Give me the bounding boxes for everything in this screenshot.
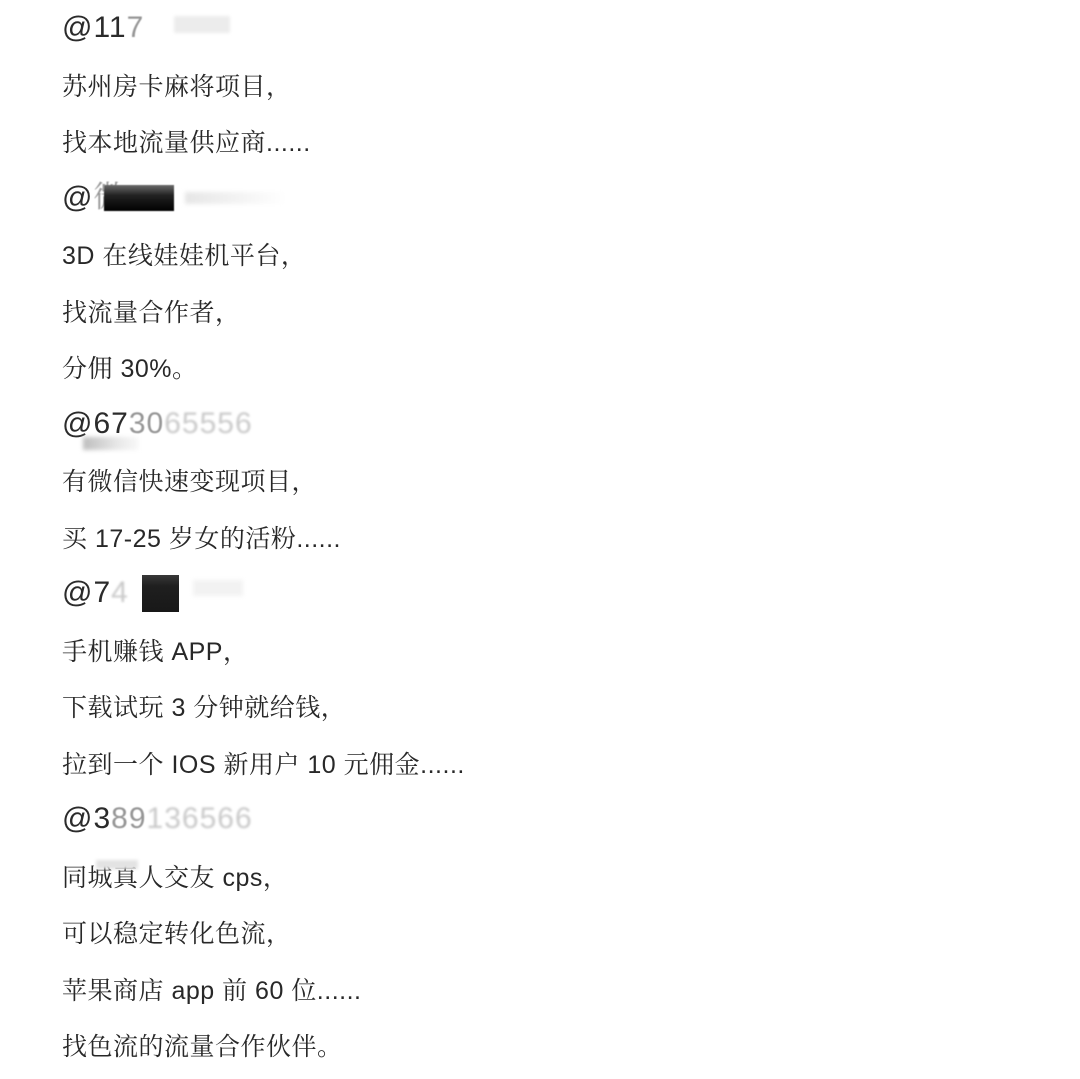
text-line: 下载试玩 3 分钟就给钱，: [0, 678, 1080, 735]
handle-visible-text: @67: [62, 407, 129, 441]
handle-visible-text: @7: [62, 576, 111, 610]
text-line: 找流量合作者，: [0, 283, 1080, 340]
redaction-faint-trace: [193, 580, 243, 596]
text-line: 苹果商店 app 前 60 位......: [0, 961, 1080, 1018]
text-line: 买 17-25 岁女的活粉......: [0, 509, 1080, 566]
text-line: 手机赚钱 APP，: [0, 622, 1080, 679]
redacted-handle-segment: 微: [93, 182, 175, 214]
handle-visible-text: @3: [62, 802, 111, 836]
user-handle-4: @74: [0, 565, 1080, 622]
handle-faded-text: 4: [111, 576, 129, 610]
redaction-smudge: [96, 860, 138, 869]
text-line: 拉到一个 IOS 新用户 10 元佣金......: [0, 735, 1080, 792]
redaction-smudge: [83, 437, 139, 450]
text-line: 同城真人交友 cps，: [0, 848, 1080, 905]
text-line: 可以稳定转化色流，: [0, 904, 1080, 961]
redaction-faint-trace: [185, 192, 285, 204]
text-line: 找色流的流量合作伙伴。: [0, 1017, 1080, 1074]
handle-faded-text: 30: [129, 407, 164, 441]
text-line: 苏州房卡麻将项目，: [0, 57, 1080, 114]
handle-faint-text: 65556: [164, 407, 252, 441]
text-line: 分佣 30%。: [0, 339, 1080, 396]
text-line: 有微信快速变现项目，: [0, 452, 1080, 509]
handle-faded-text: 7: [127, 11, 145, 45]
handle-visible-text: @: [62, 181, 93, 215]
user-handle-5: @389136566: [0, 791, 1080, 848]
article-page: @117 苏州房卡麻将项目， 找本地流量供应商...... @ 微 3D 在线娃…: [0, 0, 1080, 1079]
user-handle-1: @117: [0, 0, 1080, 57]
user-handle-3: @673065556: [0, 396, 1080, 453]
redaction-black-bar: [104, 185, 174, 211]
redaction-blur-box: [174, 16, 230, 33]
handle-faded-text: 89: [111, 802, 146, 836]
user-handle-2: @ 微: [0, 170, 1080, 227]
handle-faint-text: 136566: [147, 802, 253, 836]
text-line: 3D 在线娃娃机平台，: [0, 226, 1080, 283]
redaction-black-square: [142, 575, 179, 612]
text-line: 找本地流量供应商......: [0, 113, 1080, 170]
handle-visible-text: @11: [62, 11, 127, 45]
